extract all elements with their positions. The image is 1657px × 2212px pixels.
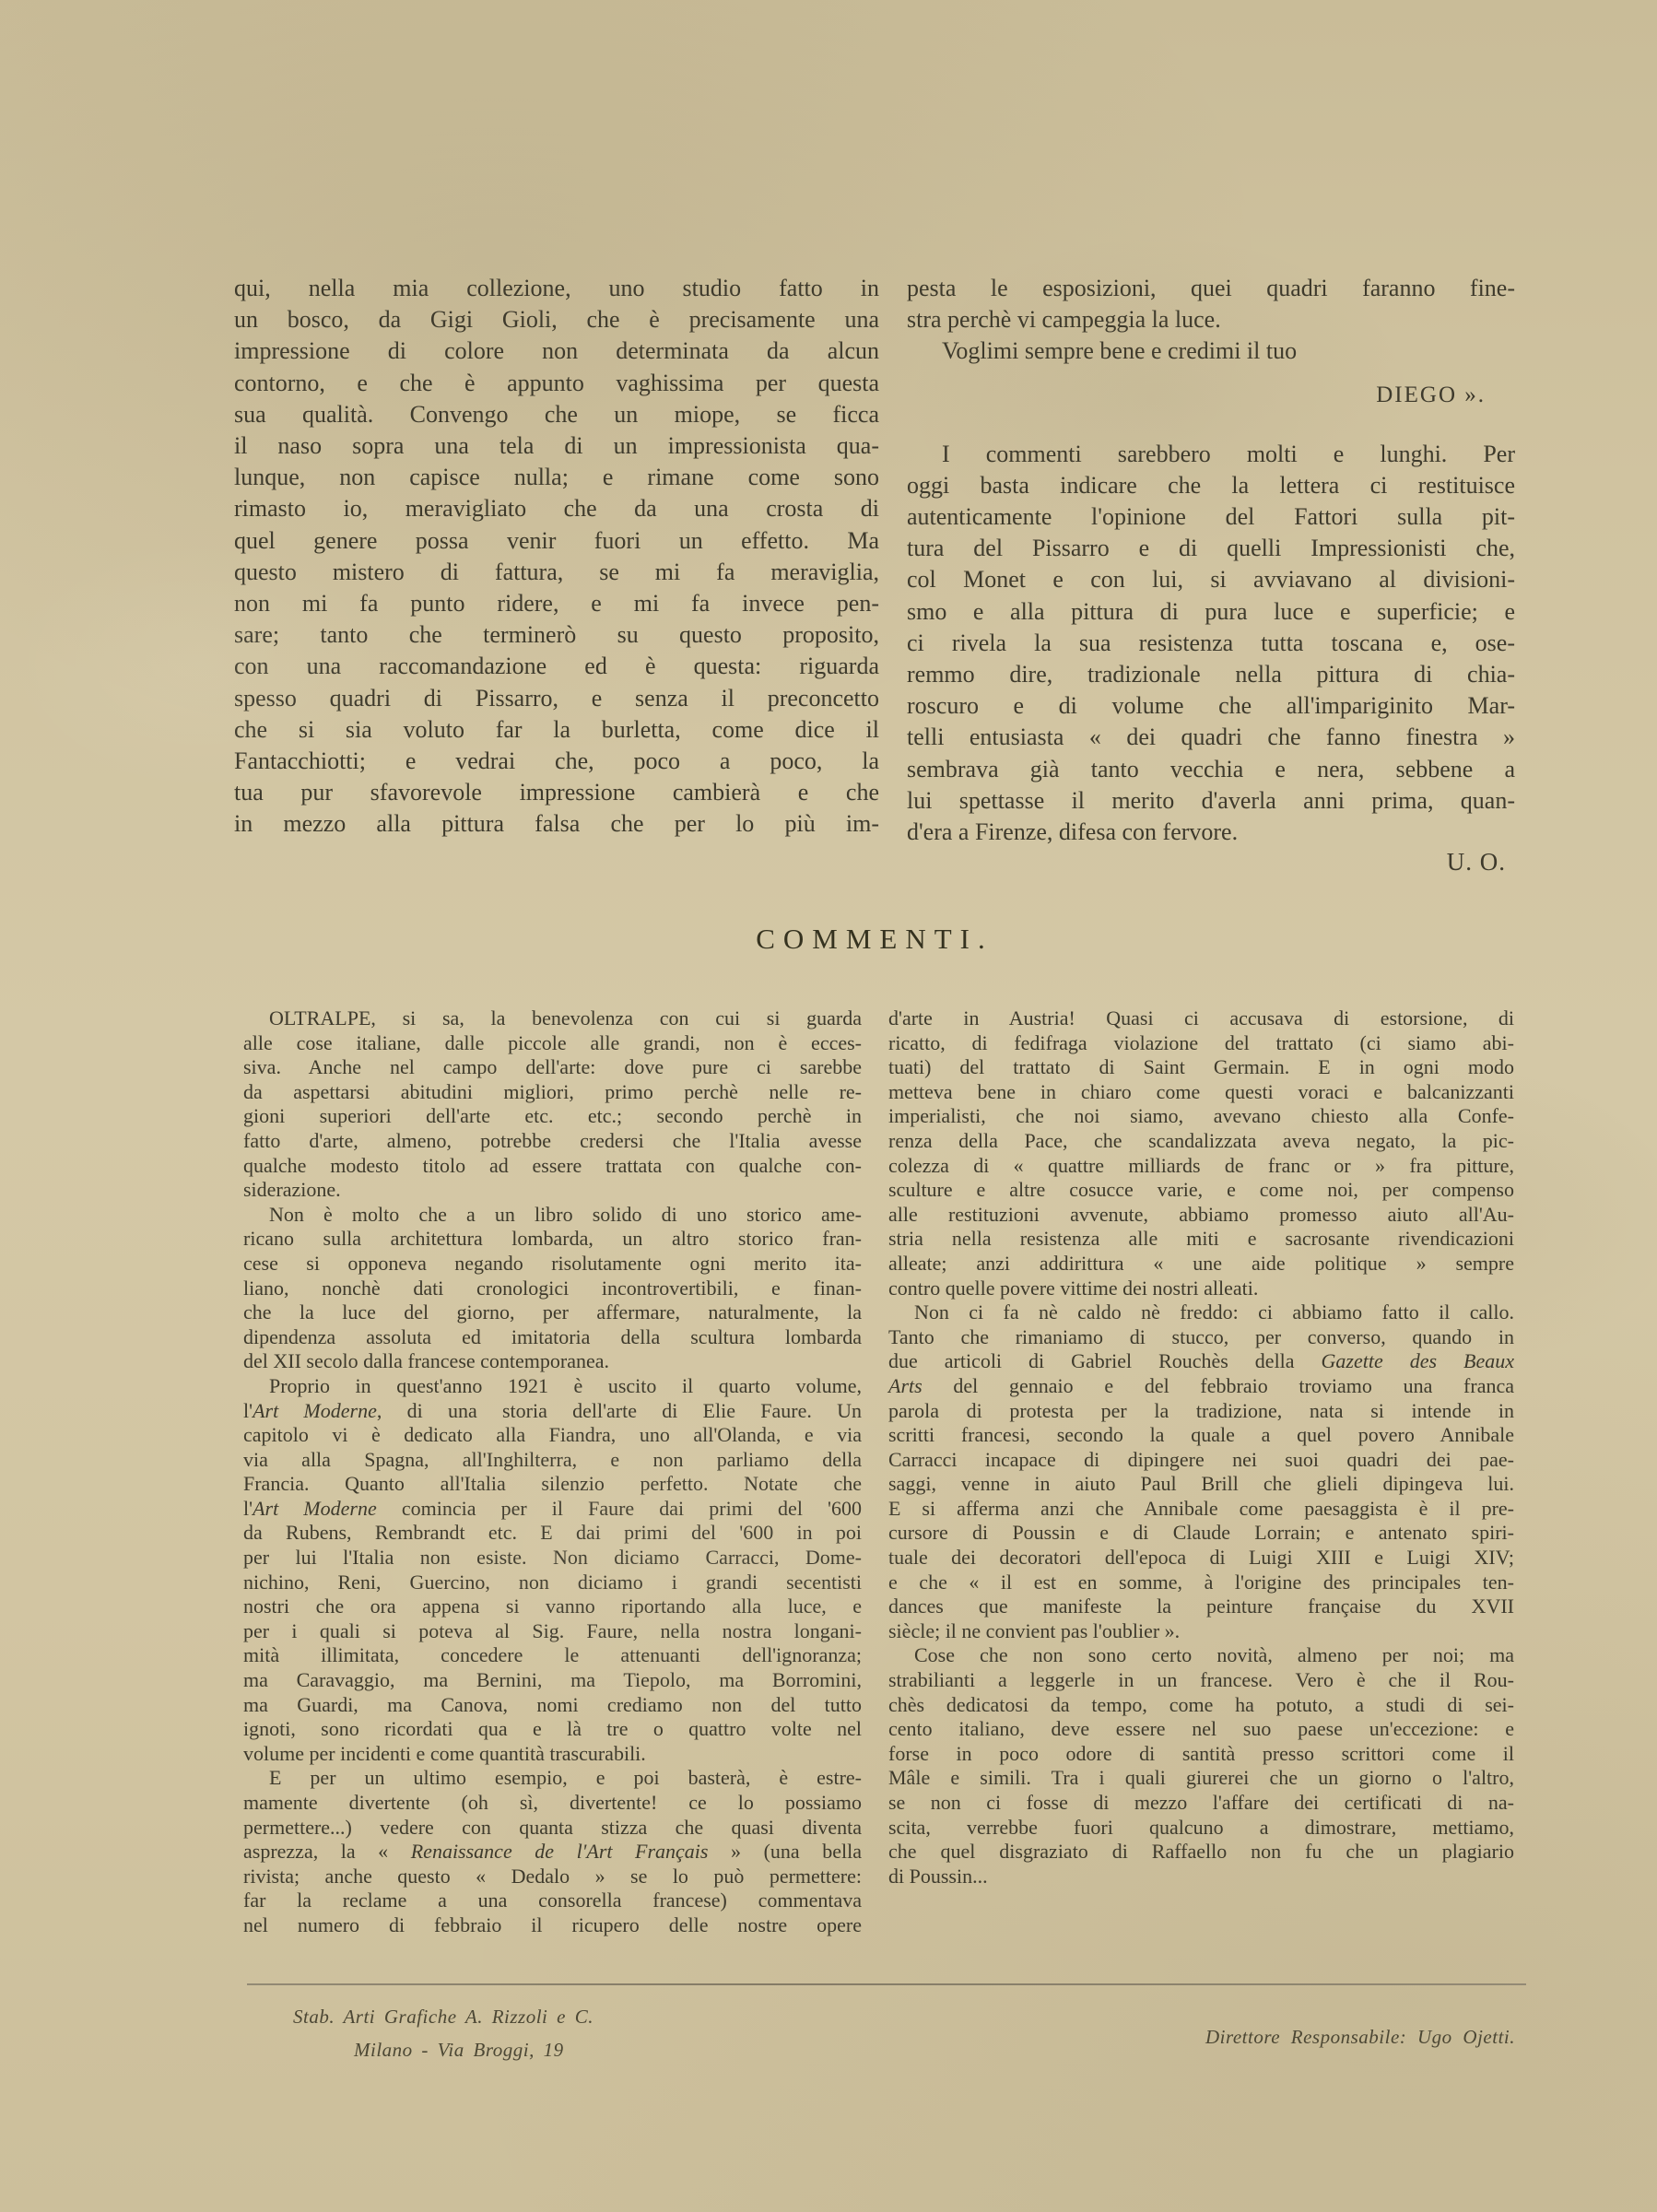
text-line: tuale dei decoratori dell'epoca di Luigi… <box>888 1546 1514 1571</box>
text-line: mamente divertente (oh sì, divertente! c… <box>243 1791 862 1816</box>
footer-rule <box>247 1983 1526 1985</box>
text-line: contorno, e che è appunto vaghissima per… <box>234 368 879 399</box>
text-line: cento italiano, deve essere nel suo paes… <box>888 1717 1514 1742</box>
text-line: e che « il est en somme, à l'origine des… <box>888 1571 1514 1595</box>
text-line: lunque, non capisce nulla; e rimane come… <box>234 462 879 493</box>
text-line: Fantacchiotti; e vedrai che, poco a poco… <box>234 746 879 777</box>
text-line: che si sia voluto far la burletta, come … <box>234 714 879 746</box>
text-line: stra perchè vi campeggia la luce. <box>907 304 1515 335</box>
text-line: Cose che non sono certo novità, almeno p… <box>888 1643 1514 1668</box>
text-line: siècle; il ne convient pas l'oublier ». <box>888 1619 1514 1644</box>
text-line: sembrava già tanto vecchia e nera, sebbe… <box>907 754 1515 785</box>
text-line: per lui l'Italia non esiste. Non diciamo… <box>243 1546 862 1571</box>
printer-credit-line-1: Stab. Arti Grafiche A. Rizzoli e C. <box>293 2006 593 2029</box>
text-line: metteva bene in chiaro come questi vorac… <box>888 1080 1514 1105</box>
text-line: ignoti, sono ricordati qua e là tre o qu… <box>243 1717 862 1742</box>
editorial-comment-paragraph: I commenti sarebbero molti e lunghi. Per… <box>907 439 1515 849</box>
text-line: forse in poco odore di santità presso sc… <box>888 1742 1514 1767</box>
text-line: ricano sulla architettura lombarda, un a… <box>243 1227 862 1252</box>
text-line: alle restituzioni avvenute, abbiamo prom… <box>888 1203 1514 1228</box>
text-line: spesso quadri di Pissarro, e senza il pr… <box>234 683 879 714</box>
text-line: qualche modesto titolo ad essere trattat… <box>243 1154 862 1179</box>
text-line: in mezzo alla pittura falsa che per lo p… <box>234 808 879 840</box>
text-line: gioni superiori dell'arte etc. etc.; sec… <box>243 1104 862 1129</box>
text-line: Mâle e simili. Tra i quali giurerei che … <box>888 1766 1514 1791</box>
text-line: sua qualità. Convengo che un miope, se f… <box>234 399 879 430</box>
text-line: cese si opponeva negando risolutamente o… <box>243 1252 862 1277</box>
text-line: siderazione. <box>243 1178 862 1203</box>
text-line: ma Guardi, ma Canova, nomi crediamo non … <box>243 1693 862 1718</box>
text-line: mità illimitata, concedere le attenuanti… <box>243 1643 862 1668</box>
text-line: dances que manifeste la peinture françai… <box>888 1594 1514 1619</box>
text-line: E per un ultimo esempio, e poi basterà, … <box>243 1766 862 1791</box>
text-line: lui spettasse il merito d'averla anni pr… <box>907 785 1515 817</box>
text-line: che quel disgraziato di Raffaello non fu… <box>888 1840 1514 1865</box>
text-line: scita, verrebbe fuori qualcuno a dimostr… <box>888 1816 1514 1841</box>
text-line: l'Art Moderne comincia per il Faure dai … <box>243 1497 862 1522</box>
text-line: pesta le esposizioni, quei quadri farann… <box>907 273 1515 304</box>
text-line: sare; tanto che terminerò su questo prop… <box>234 619 879 651</box>
text-line: siva. Anche nel campo dell'arte: dove pu… <box>243 1055 862 1080</box>
text-line: due articoli di Gabriel Rouchès della Ga… <box>888 1349 1514 1374</box>
printer-credit-line-2: Milano - Via Broggi, 19 <box>354 2039 593 2062</box>
text-line: chès dedicatosi da tempo, come ha potuto… <box>888 1693 1514 1718</box>
text-line: OLTRALPE, si sa, la benevolenza con cui … <box>243 1006 862 1031</box>
text-line: con una raccomandazione ed è questa: rig… <box>234 651 879 682</box>
text-line: fatto d'arte, almeno, potrebbe credersi … <box>243 1129 862 1154</box>
text-line: Arts del gennaio e del febbraio troviamo… <box>888 1374 1514 1399</box>
text-line: E si afferma anzi che Annibale come paes… <box>888 1497 1514 1522</box>
text-line: tura del Pissarro e di quelli Impression… <box>907 533 1515 564</box>
text-line: via alla Spagna, all'Inghilterra, e non … <box>243 1448 862 1473</box>
diego-signature: DIEGO ». <box>907 380 1515 411</box>
ugo-ojetti-initials: U. O. <box>907 846 1515 877</box>
text-line: un bosco, da Gigi Gioli, che è precisame… <box>234 304 879 335</box>
text-line: alleate; anzi addirittura « une aide pol… <box>888 1252 1514 1277</box>
text-line: remmo dire, tradizionale nella pittura d… <box>907 659 1515 690</box>
commenti-right-column: d'arte in Austria! Quasi ci accusava di … <box>888 1006 1514 1888</box>
letter-left-column: qui, nella mia collezione, uno studio fa… <box>234 273 879 841</box>
text-line: per i quali si poteva al Sig. Faure, nel… <box>243 1619 862 1644</box>
text-line: volume per incidenti e come quantità tra… <box>243 1742 862 1767</box>
text-line: quel genere possa venir fuori un effetto… <box>234 525 879 557</box>
text-line: Voglimi sempre bene e credimi il tuo <box>907 335 1515 367</box>
text-line: Non è molto che a un libro solido di uno… <box>243 1203 862 1228</box>
text-line: rivista; anche questo « Dedalo » se lo p… <box>243 1865 862 1889</box>
text-line: colezza di « quattre milliards de franc … <box>888 1154 1514 1179</box>
letter-right-column: pesta le esposizioni, quei quadri farann… <box>907 273 1515 877</box>
text-line: stria nella resistenza alle miti e sacro… <box>888 1227 1514 1252</box>
text-line: cursore di Poussin e di Claude Lorrain; … <box>888 1521 1514 1546</box>
text-line: ma Caravaggio, ma Bernini, ma Tiepolo, m… <box>243 1668 862 1693</box>
text-line: da aspettarsi abitudini migliori, primo … <box>243 1080 862 1105</box>
text-line: autenticamente l'opinione del Fattori su… <box>907 501 1515 533</box>
text-line: l'Art Moderne, di una storia dell'arte d… <box>243 1399 862 1424</box>
text-line: contro quelle povere vittime dei nostri … <box>888 1277 1514 1301</box>
text-line: di Poussin... <box>888 1865 1514 1889</box>
text-line: Tanto che rimaniamo di stucco, per conve… <box>888 1325 1514 1350</box>
text-line: dipendenza assoluta ed imitatoria della … <box>243 1325 862 1350</box>
letter-closing-lines: pesta le esposizioni, quei quadri farann… <box>907 273 1515 368</box>
magazine-page-scan: qui, nella mia collezione, uno studio fa… <box>0 0 1657 2212</box>
text-line: da Rubens, Rembrandt etc. E dai primi de… <box>243 1521 862 1546</box>
text-line: rimasto io, meravigliato che da una cros… <box>234 493 879 524</box>
text-line: Non ci fa nè caldo nè freddo: ci abbiamo… <box>888 1300 1514 1325</box>
text-line: oggi basta indicare che la lettera ci re… <box>907 470 1515 501</box>
text-line: Carracci incapace di dipingere nei suoi … <box>888 1448 1514 1473</box>
text-line: Proprio in quest'anno 1921 è uscito il q… <box>243 1374 862 1399</box>
text-line: nichino, Reni, Guercino, non diciamo i g… <box>243 1571 862 1595</box>
text-line: capitolo vi è dedicato alla Fiandra, uno… <box>243 1423 862 1448</box>
text-line: scritti francesi, secondo la quale a que… <box>888 1423 1514 1448</box>
text-line: impressione di colore non determinata da… <box>234 335 879 367</box>
text-line: nostri che ora appena si vanno riportand… <box>243 1594 862 1619</box>
text-line: del XII secolo dalla francese contempora… <box>243 1349 862 1374</box>
text-line: tua pur sfavorevole impressione cambierà… <box>234 777 879 808</box>
text-line: permettere...) vedere con quanta stizza … <box>243 1816 862 1841</box>
text-line: col Monet e con lui, si avviavano al div… <box>907 564 1515 595</box>
commenti-left-column: OLTRALPE, si sa, la benevolenza con cui … <box>243 1006 862 1938</box>
text-line: strabilianti a leggerle in un francese. … <box>888 1668 1514 1693</box>
text-line: Francia. Quanto all'Italia silenzio perf… <box>243 1472 862 1497</box>
text-line: d'era a Firenze, difesa con fervore. <box>907 817 1515 848</box>
text-line: far la reclame a una consorella francese… <box>243 1888 862 1913</box>
commenti-section-heading: COMMENTI. <box>234 923 1515 956</box>
text-line: nel numero di febbraio il ricupero delle… <box>243 1913 862 1938</box>
text-line: I commenti sarebbero molti e lunghi. Per <box>907 439 1515 470</box>
text-line: saggi, venne in aiuto Paul Brill che gli… <box>888 1472 1514 1497</box>
text-line: non mi fa punto ridere, e mi fa invece p… <box>234 588 879 619</box>
text-line: d'arte in Austria! Quasi ci accusava di … <box>888 1006 1514 1031</box>
text-line: ci rivela la sua resistenza tutta toscan… <box>907 628 1515 659</box>
text-line: alle cose italiane, dalle piccole alle g… <box>243 1031 862 1056</box>
director-credit: Direttore Responsabile: Ugo Ojetti. <box>888 2026 1515 2049</box>
text-line: qui, nella mia collezione, uno studio fa… <box>234 273 879 304</box>
text-line: smo e alla pittura di pura luce e superf… <box>907 596 1515 628</box>
text-line: parola di protesta per la tradizione, na… <box>888 1399 1514 1424</box>
text-line: ricatto, di fedifraga violazione del tra… <box>888 1031 1514 1056</box>
text-line: il naso sopra una tela di un impressioni… <box>234 430 879 462</box>
text-line: telli entusiasta « dei quadri che fanno … <box>907 722 1515 753</box>
text-line: roscuro e di volume che all'impariginito… <box>907 690 1515 722</box>
text-line: imperialisti, che noi siamo, avevano chi… <box>888 1104 1514 1129</box>
text-line: se non ci fosse di mezzo l'affare dei ce… <box>888 1791 1514 1816</box>
text-line: questo mistero di fattura, se mi fa mera… <box>234 557 879 588</box>
text-line: che la luce del giorno, per affermare, n… <box>243 1300 862 1325</box>
text-line: tuati) del trattato di Saint Germain. E … <box>888 1055 1514 1080</box>
text-line: asprezza, la « Renaissance de l'Art Fran… <box>243 1840 862 1865</box>
text-line: renza della Pace, che scandalizzata avev… <box>888 1129 1514 1154</box>
text-line: liano, nonchè dati cronologici incontrov… <box>243 1277 862 1301</box>
printer-credit: Stab. Arti Grafiche A. Rizzoli e C. Mila… <box>293 2006 593 2062</box>
text-line: sculture e altre cosucce varie, e come n… <box>888 1178 1514 1203</box>
